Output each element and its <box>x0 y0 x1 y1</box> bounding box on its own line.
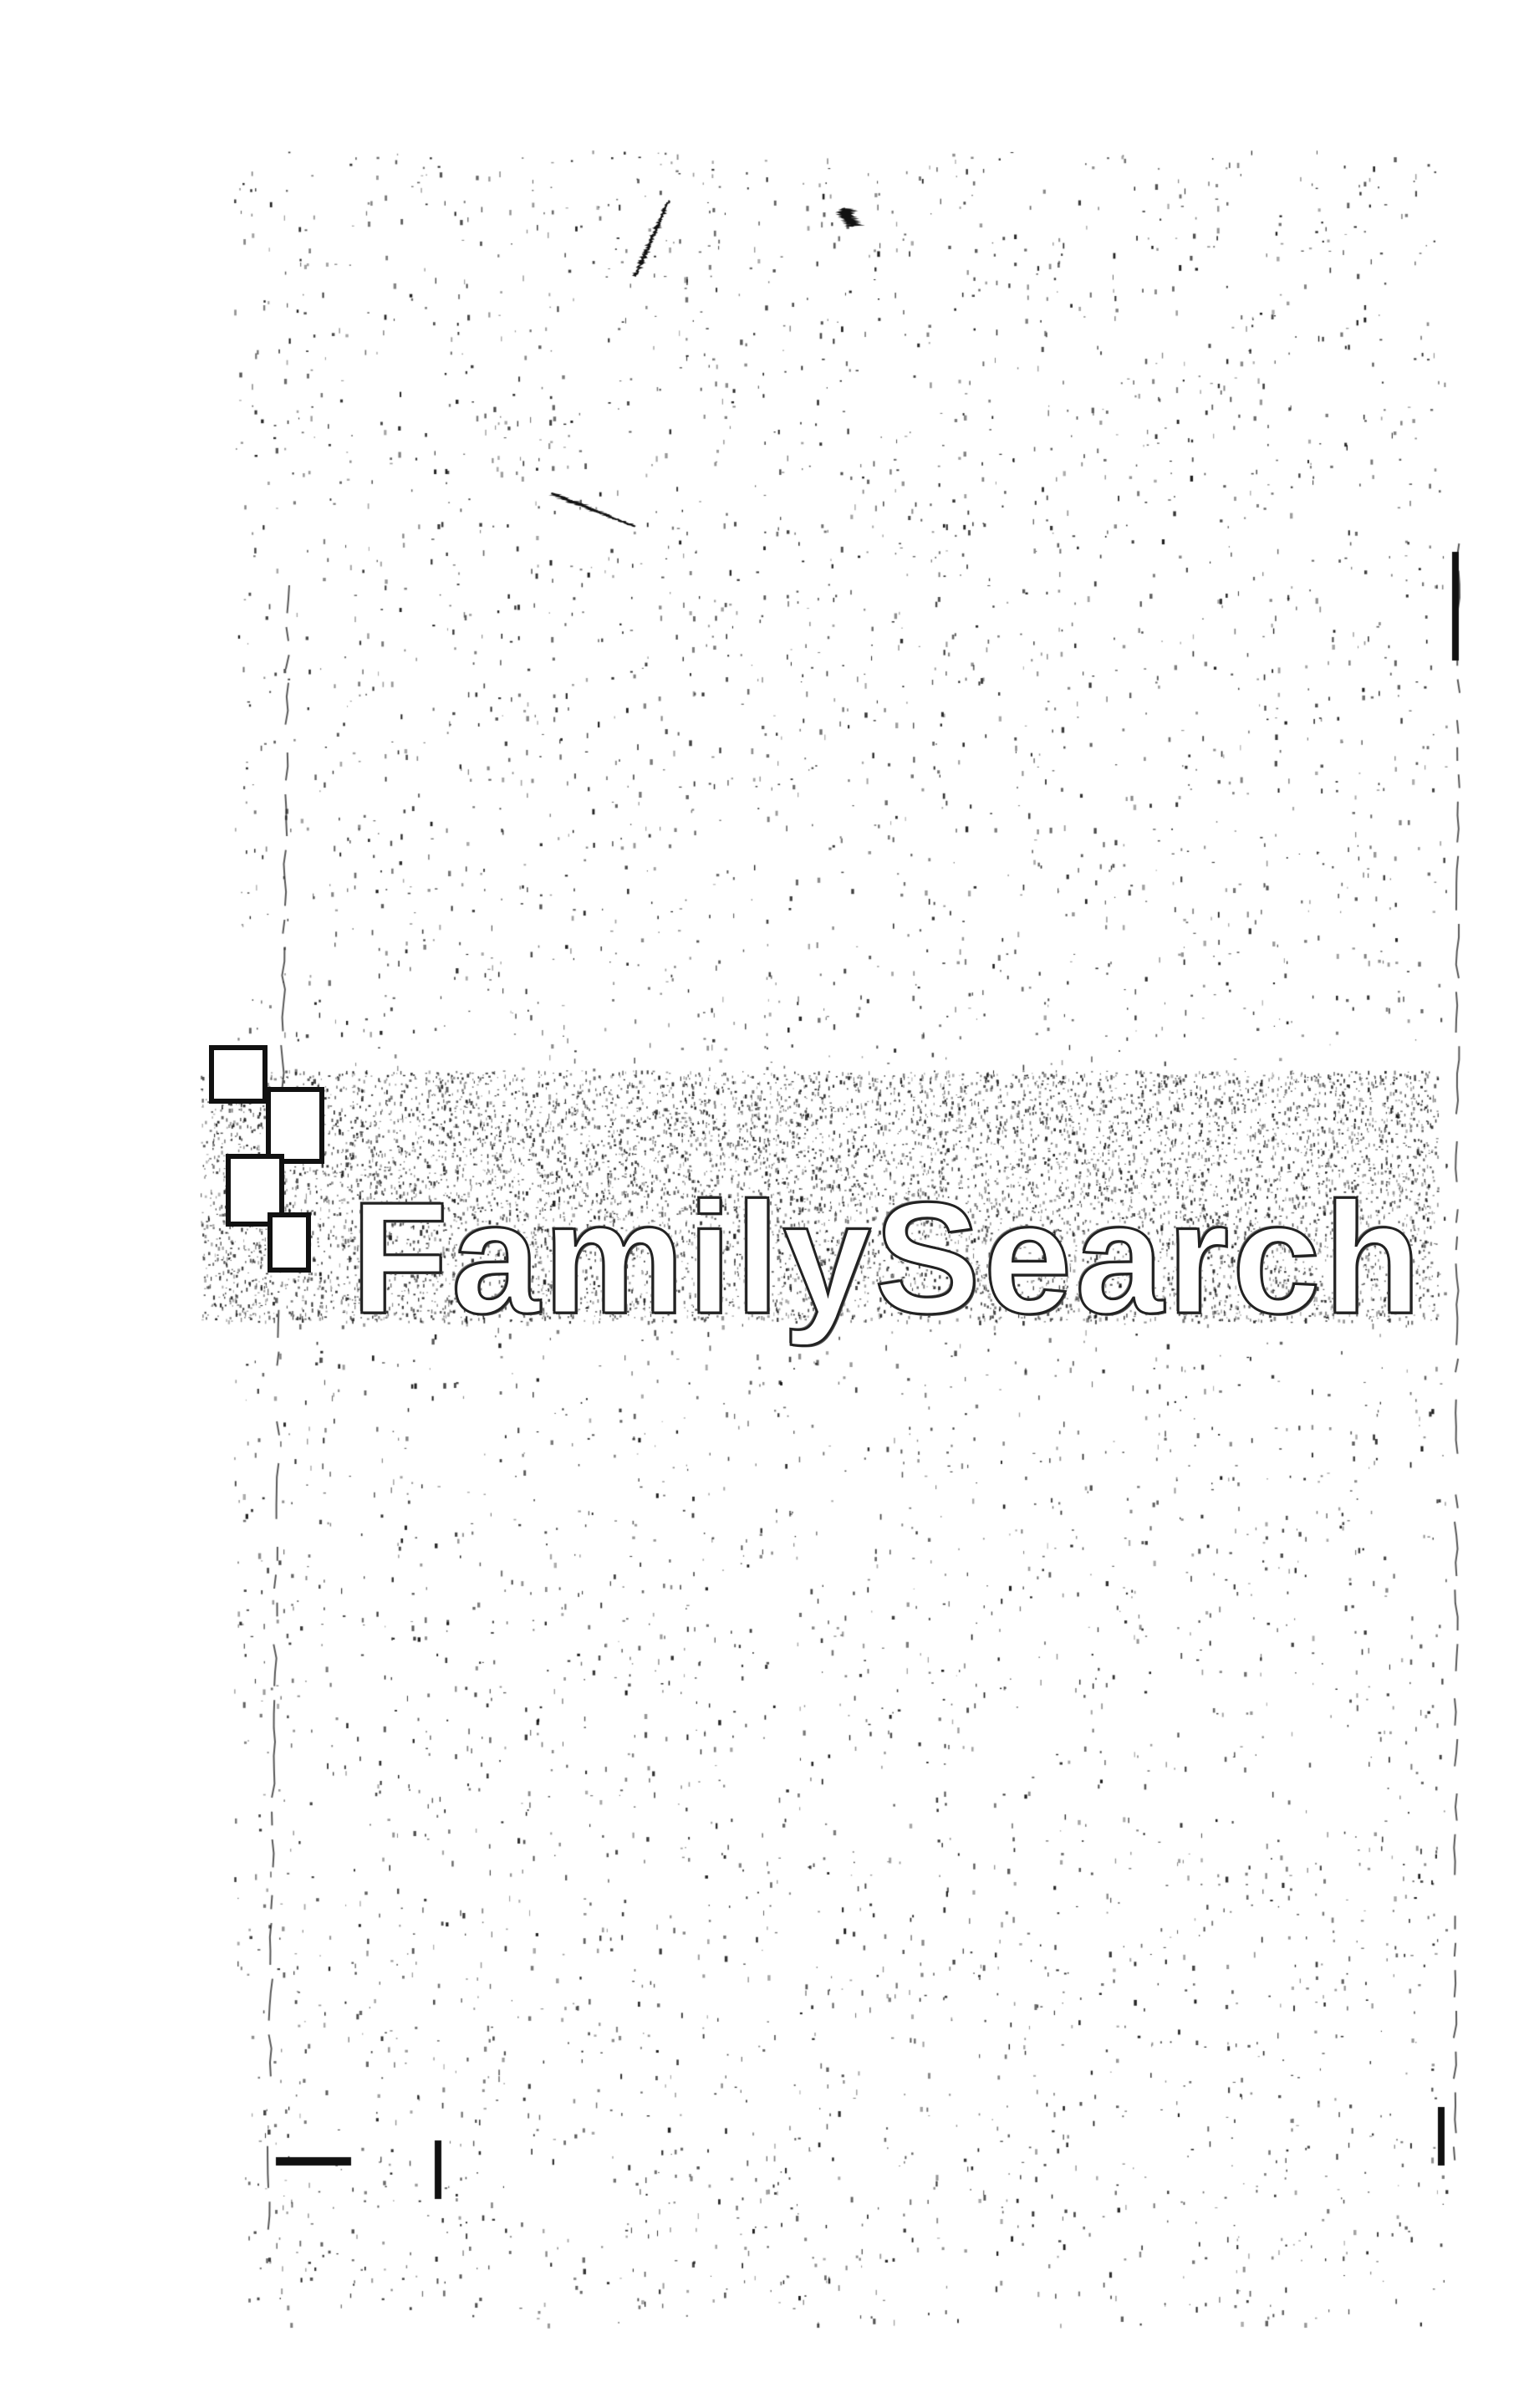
familysearch-tree-logo-icon <box>192 1045 334 1321</box>
familysearch-watermark: FamilySearch <box>192 1045 1425 1321</box>
watermark-text: FamilySearch <box>351 1179 1425 1338</box>
